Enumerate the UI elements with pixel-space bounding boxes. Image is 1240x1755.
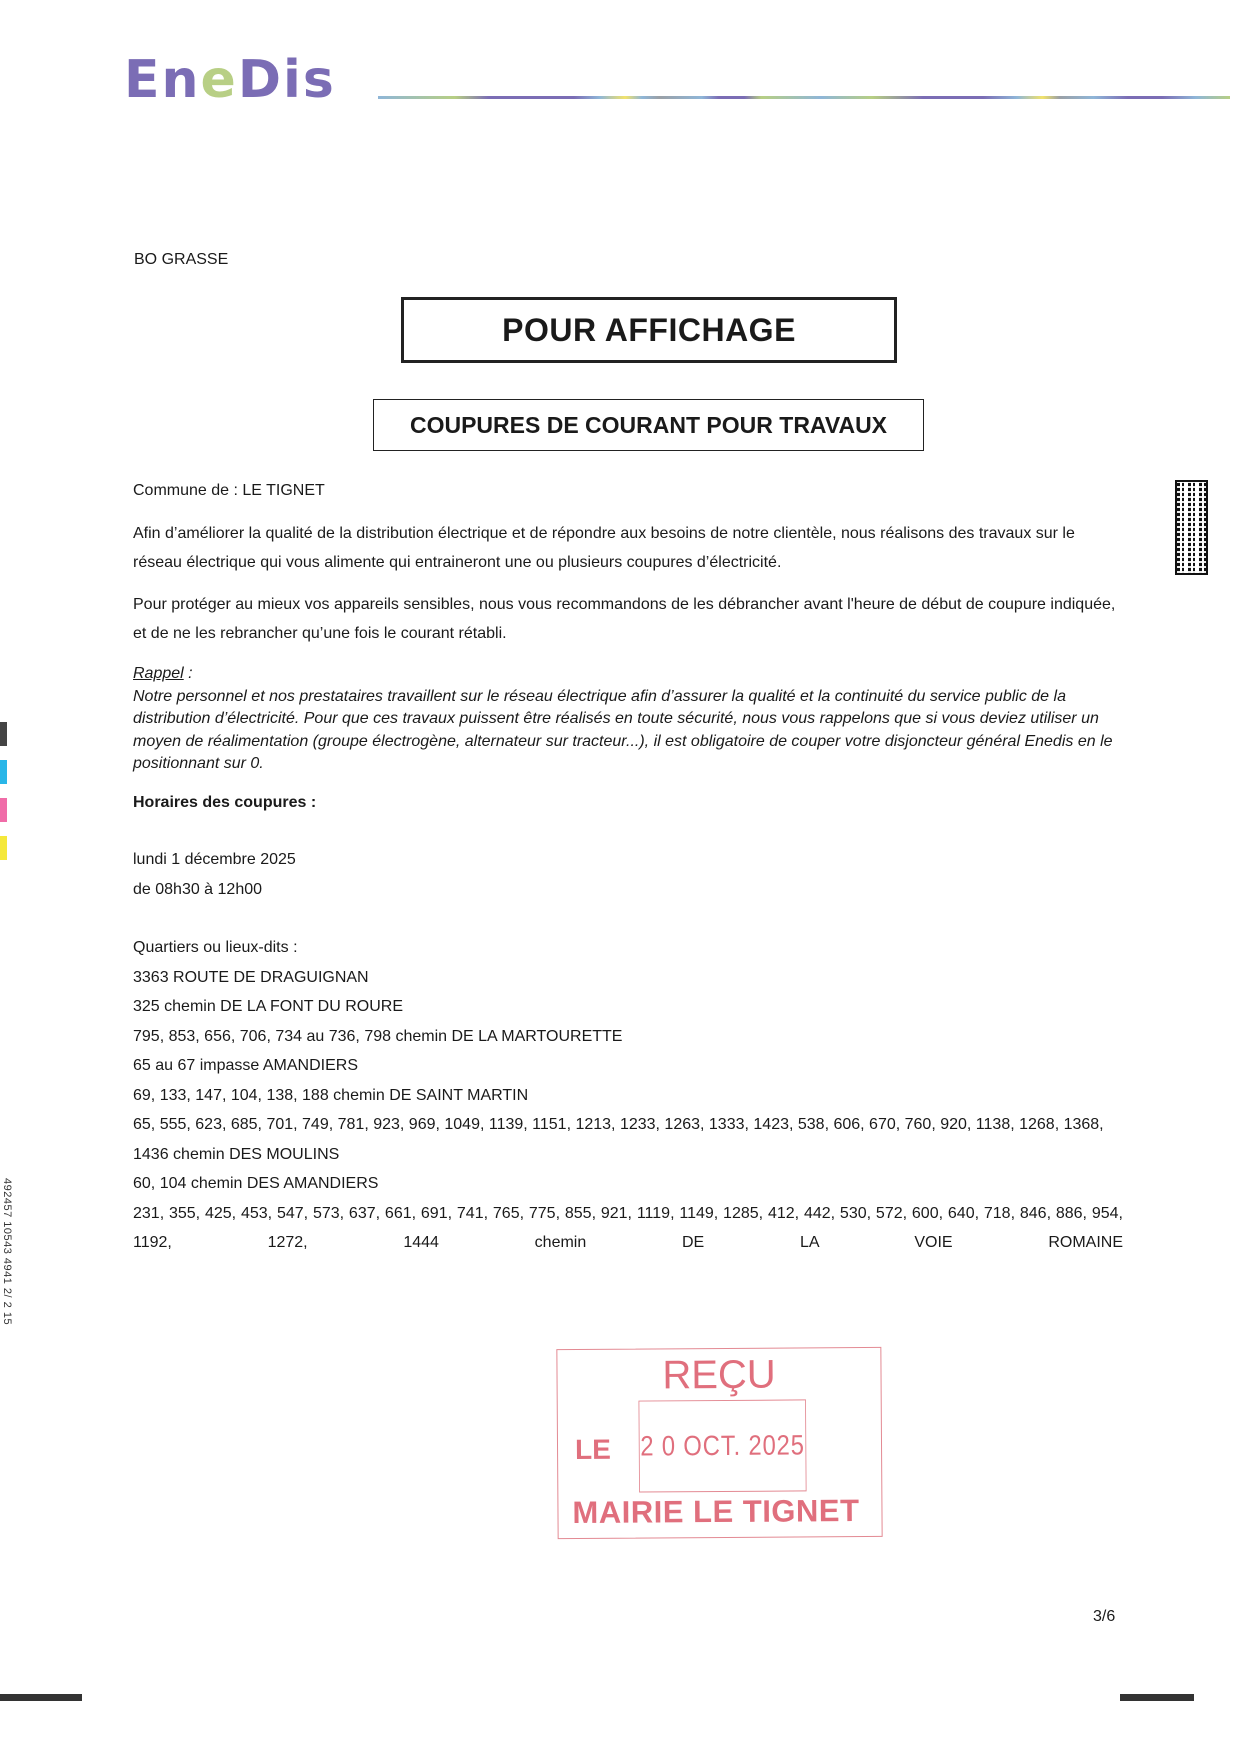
quartiers-list: Quartiers ou lieux-dits : 3363 ROUTE DE … [133,933,1123,1258]
rappel-section: Rappel : Notre personnel et nos prestata… [133,663,1123,776]
enedis-logo: EneDis [124,50,336,110]
registration-mark-magenta [0,798,7,822]
stamp-issuer: MAIRIE LE TIGNET [572,1493,875,1531]
schedule: lundi 1 décembre 2025 de 08h30 à 12h00 [133,845,1123,904]
stamp-title: REÇU [557,1352,880,1399]
registration-mark-black [0,722,7,746]
intro-paragraph: Afin d’améliorer la qualité de la distri… [133,519,1123,577]
advice-paragraph: Pour protéger au mieux vos appareils sen… [133,590,1123,648]
commune-label: Commune de : LE TIGNET [133,476,1123,505]
list-item: 65, 555, 623, 685, 701, 749, 781, 923, 9… [133,1110,1123,1169]
schedule-time: de 08h30 à 12h00 [133,875,1123,905]
scan-bar-left [0,1694,82,1701]
header-color-rule [378,96,1230,99]
stamp-le: LE [575,1434,611,1466]
list-item: 795, 853, 656, 706, 734 au 736, 798 chem… [133,1022,1123,1052]
registration-mark-yellow [0,836,7,860]
page-title: POUR AFFICHAGE [401,297,897,363]
list-item: 65 au 67 impasse AMANDIERS [133,1051,1123,1081]
list-item: 60, 104 chemin DES AMANDIERS [133,1169,1123,1199]
quartiers-label: Quartiers ou lieux-dits : [133,933,1123,963]
side-barcode-text: 492457 10543 4941 2/ 2 15 [1,1178,13,1325]
scan-bar-right [1120,1694,1194,1701]
horaires-heading: Horaires des coupures : [133,788,1123,817]
page-number: 3/6 [1093,1608,1115,1626]
list-item: 3363 ROUTE DE DRAGUIGNAN [133,963,1123,993]
received-stamp: REÇU LE 2 0 OCT. 2025 MAIRIE LE TIGNET [556,1347,882,1539]
page-subtitle: COUPURES DE COURANT POUR TRAVAUX [373,399,924,451]
rappel-title: Rappel [133,665,184,682]
list-item: 325 chemin DE LA FONT DU ROURE [133,992,1123,1022]
registration-mark-cyan [0,760,7,784]
list-item: 69, 133, 147, 104, 138, 188 chemin DE SA… [133,1081,1123,1111]
rappel-body: Notre personnel et nos prestataires trav… [133,686,1123,776]
sender-label: BO GRASSE [134,251,228,269]
stamp-date: 2 0 OCT. 2025 [638,1399,806,1492]
schedule-date: lundi 1 décembre 2025 [133,845,1123,875]
datamatrix-code [1175,480,1208,575]
list-item: 231, 355, 425, 453, 547, 573, 637, 661, … [133,1199,1123,1258]
